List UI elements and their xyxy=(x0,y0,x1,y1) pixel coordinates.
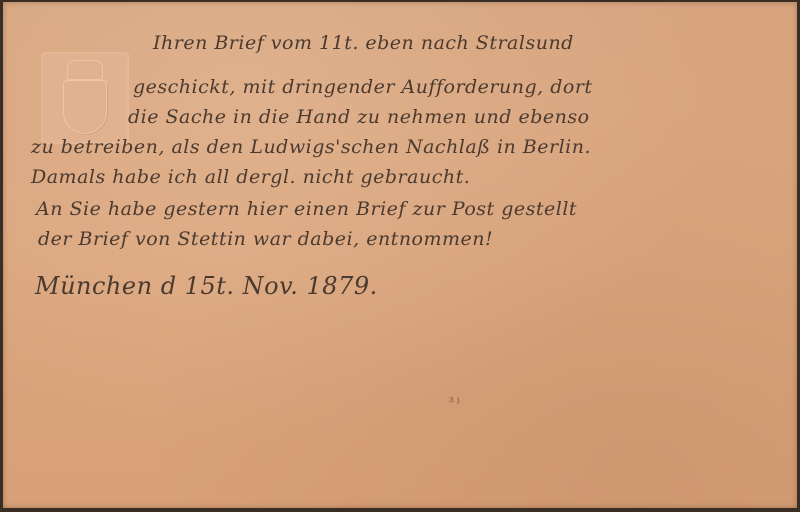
handwritten-line-6: An Sie habe gestern hier einen Brief zur… xyxy=(36,198,577,220)
date: d 15t. Nov. 1879. xyxy=(161,272,378,300)
handwritten-line-5: Damals habe ich all dergl. nicht gebrauc… xyxy=(31,166,470,188)
place: München xyxy=(35,272,153,300)
handwritten-line-2: geschickt, mit dringender Aufforderung, … xyxy=(133,76,593,98)
handwritten-line-4: zu betreiben, als den Ludwigs'schen Nach… xyxy=(31,136,591,158)
handwritten-line-3: die Sache in die Hand zu nehmen und eben… xyxy=(128,106,590,128)
crown-icon xyxy=(67,60,103,80)
embossed-seal-icon xyxy=(41,52,129,144)
postcard: Ihren Brief vom 11t. eben nach Stralsund… xyxy=(3,2,797,508)
place-and-date: München d 15t. Nov. 1879. xyxy=(35,272,378,300)
handwritten-line-1: Ihren Brief vom 11t. eben nach Stralsund xyxy=(153,32,574,54)
marginal-mark: ɜ 𝔷 xyxy=(449,395,460,405)
handwritten-line-7: der Brief von Stettin war dabei, entnomm… xyxy=(38,228,493,250)
shield-icon xyxy=(63,80,107,134)
